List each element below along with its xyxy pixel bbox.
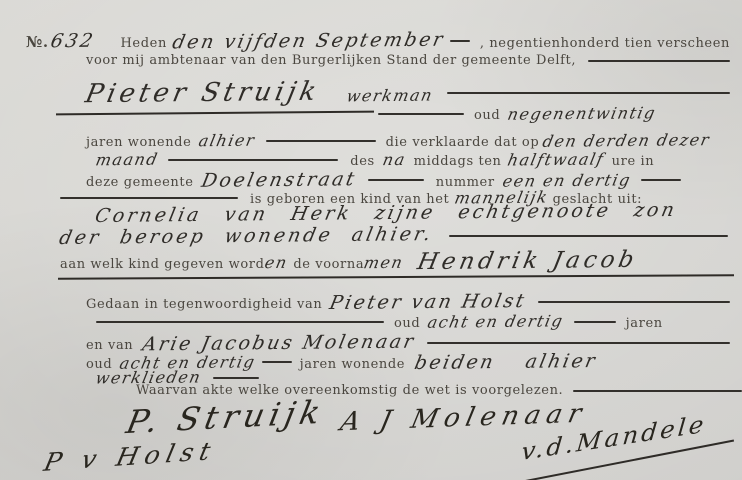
men-suffix-handwritten: men xyxy=(362,253,405,272)
mother-line1: Cornelia van Herk zijne echtgenoote zon xyxy=(96,202,676,224)
age-line: oud negenentwintig xyxy=(378,104,712,123)
declarant-residence: alhier xyxy=(197,131,257,151)
ambtenaar-line: voor mij ambtenaar van den Burgerlijken … xyxy=(86,53,576,68)
akte-number-value: 632 xyxy=(48,30,96,52)
witness1-line: Gedaan in tegenwoordigheid van Pieter va… xyxy=(86,291,730,313)
child-names-underline xyxy=(58,274,734,280)
signature-witness1: P v Holst xyxy=(41,436,219,477)
birth-date-handwritten: den derden dezer xyxy=(541,130,712,151)
voorna-label: de voorna xyxy=(293,257,364,272)
maand-handwritten: maand xyxy=(94,150,160,170)
signature-witness2: A J Molenaar xyxy=(338,399,590,437)
name-underline xyxy=(56,111,374,116)
jaren-wonende2-label: jaren wonende xyxy=(300,357,405,372)
middags-label: middags ten xyxy=(414,154,502,169)
signature-declarant: P. Struijk xyxy=(123,393,328,441)
child-names-line: aan welk kind gegeven word en de voorna … xyxy=(60,248,637,274)
worden-suffix-handwritten: en xyxy=(263,253,290,272)
heden-label: Heden xyxy=(121,36,167,51)
verklaarde-label: die verklaarde dat op xyxy=(386,135,540,150)
year-printed: , negentienhonderd tien verscheen xyxy=(480,36,730,51)
mother-occupation-line: der beroep wonende alhier. xyxy=(57,223,435,249)
closing-printed: Waarvan akte welke overeenkomstig de wet… xyxy=(136,383,563,398)
witnesses-residence: beiden alhier xyxy=(413,350,600,374)
akte-date-handwritten: den vijfden September xyxy=(170,29,446,54)
oud1-label: oud xyxy=(394,316,420,331)
header-line2: voor mij ambtenaar van den Burgerlijken … xyxy=(86,53,730,68)
mother-line2: der beroep wonende alhier. xyxy=(60,225,728,247)
gegeven-label: aan welk kind gegeven word xyxy=(60,257,265,272)
declarant-name: Pieter Struijk xyxy=(83,77,323,109)
closing-line: Waarvan akte welke overeenkomstig de wet… xyxy=(136,383,742,398)
time-line: maand des na middags ten halftwaalf ure … xyxy=(96,150,682,169)
residence-line: jaren wonende alhier die verklaarde dat … xyxy=(86,131,728,150)
declarant-age: negenentwintig xyxy=(506,103,658,124)
gedaan-label: Gedaan in tegenwoordigheid van xyxy=(86,297,322,312)
declarant-occupation: werkman xyxy=(345,86,435,106)
daypart-handwritten: na xyxy=(381,150,408,169)
des-label: des xyxy=(350,154,375,169)
witness1-age-line: oud acht en dertig jaren xyxy=(96,312,674,331)
akte-number-label: №. xyxy=(26,33,49,51)
witness1-name: Pieter van Holst xyxy=(328,290,529,314)
oud-label: oud xyxy=(474,108,500,123)
jaren-wonende-label: jaren wonende xyxy=(86,135,191,150)
jaren-label: jaren xyxy=(626,316,663,331)
header-line1: №. 632 Heden den vijfden September , neg… xyxy=(26,30,730,52)
birth-certificate-scan: №. 632 Heden den vijfden September , neg… xyxy=(0,0,742,480)
birth-time-handwritten: halftwaalf xyxy=(506,149,606,169)
witness1-age: acht en dertig xyxy=(426,311,565,331)
ure-label: ure in xyxy=(612,154,655,169)
child-first-names: Hendrik Jacob xyxy=(415,247,640,275)
